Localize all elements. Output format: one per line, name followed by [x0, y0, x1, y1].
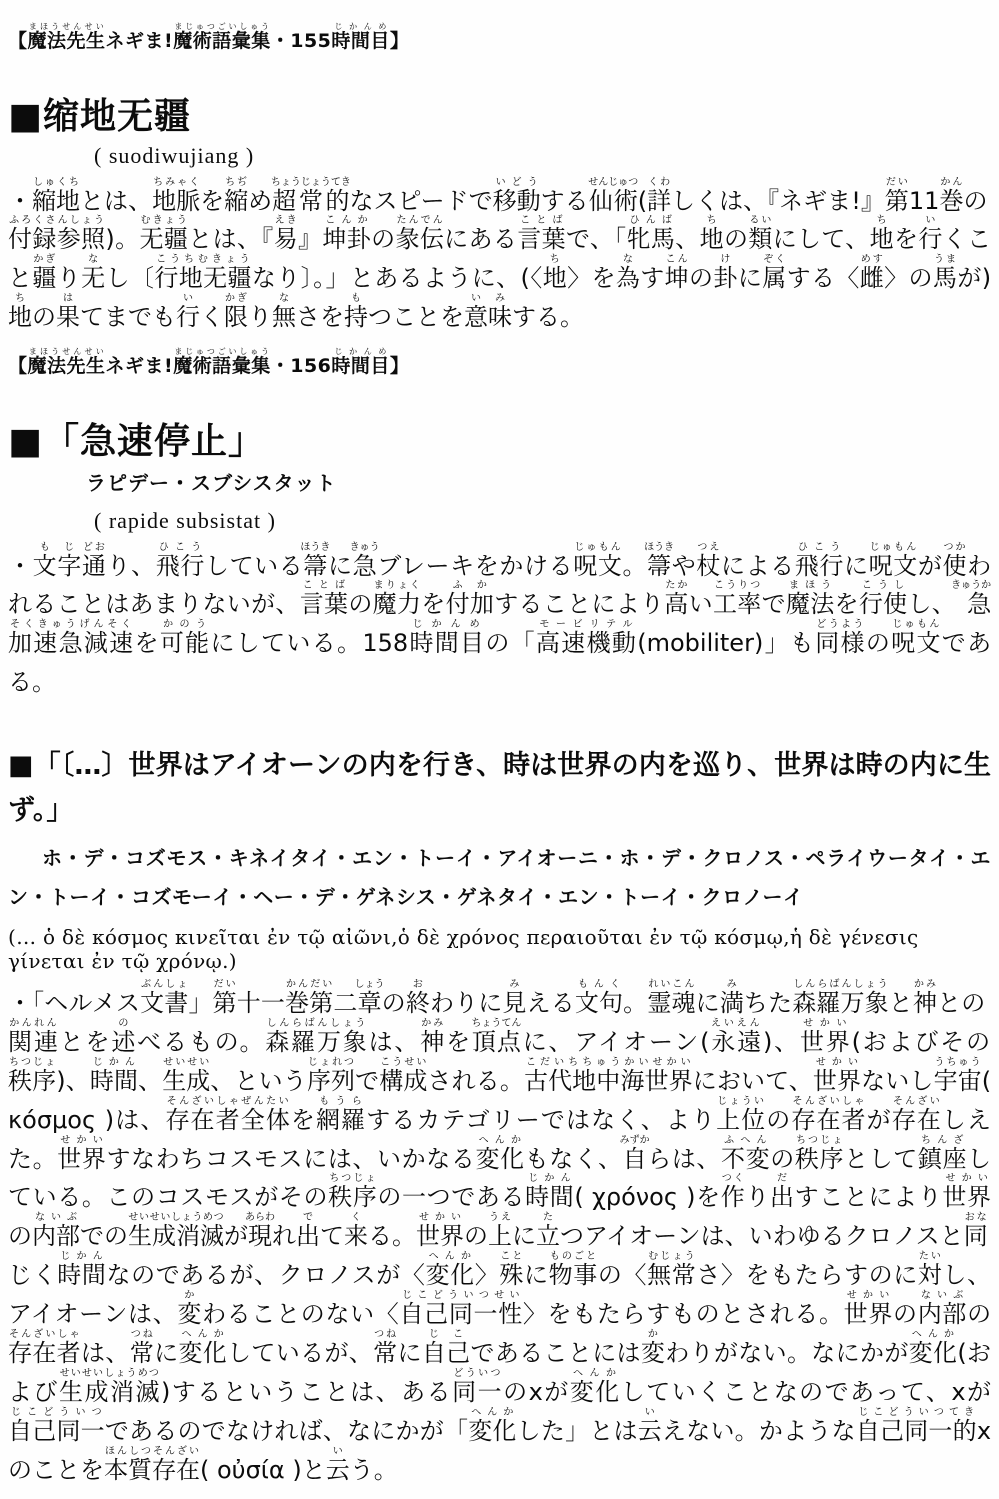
greek-quote-text: (… ὁ δὲ κόσμος κινεῖται ἐν τῷ αἰῶνι,ὁ δὲ… — [8, 925, 991, 973]
entry-title-suodiwujiang: ■缩地无疆 — [8, 94, 991, 139]
entry-title-hermetica-quote: ■「〔…〕世界はアイオーンの内を行き、時は世界の内を巡り、世界は時の内に生ず。」 — [8, 744, 991, 833]
entry-title-rapide-subsistat: ■「急速停止」 — [8, 419, 991, 464]
glossary-header-155: 【魔法先生まほうせんせいネギま!魔術語彙集まじゅつごいしゅう・155時間目じかん… — [8, 22, 991, 56]
entry-body-suodiwujiang: ・縮地しゅくちとは、地脈ちみゃくを縮ちぢめ超常的ちょうじょうてきなスピードで移動… — [8, 177, 991, 338]
glossary-header-156: 【魔法先生まほうせんせいネギま!魔術語彙集まじゅつごいしゅう・156時間目じかん… — [8, 347, 991, 381]
kana-reading-rapide-subsistat: ラピデー・スブシスタット — [86, 468, 991, 498]
entry-body-hermetica: ・「ヘルメス文書ぶんしょ」第だい十一巻かん第だい二章しょうの終おわりに見みえる文… — [8, 979, 991, 1489]
latin-rapide-subsistat: ( rapide subsistat ) — [94, 508, 991, 534]
entry-body-rapide-subsistat: ・文字もじ通どおり、飛行ひこうしている箒ほうきに急きゅうブレーキをかける呪文じゅ… — [8, 542, 991, 703]
kana-reading-hermetica-quote: ホ・デ・コズモス・キネイタイ・エン・トーイ・アイオーニ・ホ・デ・クロノス・ペライ… — [8, 839, 991, 917]
pinyin-suodiwujiang: ( suodiwujiang ) — [94, 143, 991, 169]
glossary-document-page: 【魔法先生まほうせんせいネギま!魔術語彙集まじゅつごいしゅう・155時間目じかん… — [0, 0, 999, 1499]
